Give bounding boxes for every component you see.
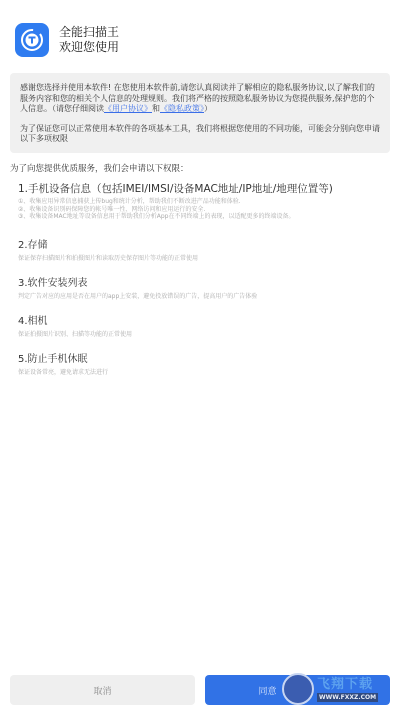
permission-item-wake-lock: 5.防止手机休眠 保证设备常亮，避免请求无法进行 [18,353,108,377]
watermark-sub: WWW.FXXZ.COM [317,693,378,702]
watermark-main: 飞翔下载 [317,677,378,693]
permission-desc: ①、收集应用异常信息捕获上传bug和统计分析，帮助我们不断改进产品功能和体验. [18,198,333,206]
app-logo-icon [15,23,49,57]
and-text: 和 [152,104,160,113]
permission-title: 3.软件安装列表 [18,277,257,291]
watermark-logo-icon [282,673,314,705]
watermark: 飞翔下载 WWW.FXXZ.COM [282,670,390,708]
permission-item-device-info: 1.手机设备信息（包括IMEI/IMSI/设备MAC地址/IP地址/地理位置等)… [18,182,333,221]
permission-desc: ③、收集设备MAC地址等设备信息用于帮助我们分析App在不同终端上的表现，以适配… [18,213,333,221]
permission-desc: 判定广告对应的应用是否在用户的app上安装，避免投放错误的广告，提高用户的广告体… [18,293,257,301]
permission-desc: 保证保存扫描图片和拍摄图片和读取历史保存图片等功能的正常使用 [18,255,198,263]
permission-title: 4.相机 [18,315,132,329]
permission-desc: 保证设备常亮，避免请求无法进行 [18,369,108,377]
permission-item-app-list: 3.软件安装列表 判定广告对应的应用是否在用户的app上安装，避免投放错误的广告… [18,277,257,301]
permission-desc: 保证拍摄图片识别、扫描等功能的正常使用 [18,331,132,339]
welcome-text: 欢迎您使用 [59,40,119,55]
paren-close: ） [204,104,212,113]
app-header: 全能扫描王 欢迎您使用 [15,23,119,57]
permissions-intro: 为了向您提供优质服务，我们会申请以下权限： [10,162,189,174]
notice-paragraph-2: 为了保证您可以正常使用本软件的各项基本工具，我们将根据您使用的不同功能，可能会分… [20,124,380,145]
user-agreement-link[interactable]: 《用户协议》 [104,104,152,113]
notice-paragraph-1: 感谢您选择并使用本软件! 在您使用本软件前,请您认真阅读并了解相应的隐私服务协议… [20,83,380,115]
agree-label: 同意 [258,684,276,697]
permission-item-storage: 2.存储 保证保存扫描图片和拍摄图片和读取历史保存图片等功能的正常使用 [18,239,198,263]
privacy-notice-box: 感谢您选择并使用本软件! 在您使用本软件前,请您认真阅读并了解相应的隐私服务协议… [10,73,390,153]
app-name: 全能扫描王 [59,25,119,40]
cancel-button[interactable]: 取消 [10,675,195,705]
permission-title: 5.防止手机休眠 [18,353,108,367]
permission-desc: ②、收集设备识别码保障您的帐号唯一性、网络访问和应用运行的安全. [18,206,333,214]
privacy-policy-link[interactable]: 《隐私政策》 [160,104,204,113]
permission-item-camera: 4.相机 保证拍摄图片识别、扫描等功能的正常使用 [18,315,132,339]
permission-title: 2.存储 [18,239,198,253]
permission-title: 1.手机设备信息（包括IMEI/IMSI/设备MAC地址/IP地址/地理位置等) [18,182,333,196]
